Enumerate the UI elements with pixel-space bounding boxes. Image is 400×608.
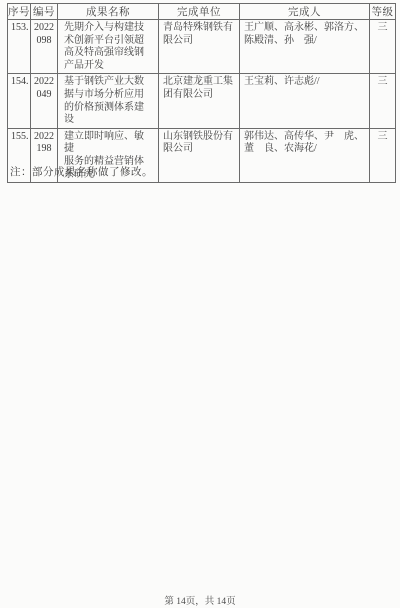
table-row: 153. 2022 098 先期介入与构建技 术创新平台引领超 高及特高强帘线钢… [8,20,396,74]
col-header-people: 完成人 [240,4,370,20]
table-row: 154. 2022 049 基于钢铁产业大数 据与市场分析应用 的价格预测体系建… [8,74,396,128]
col-header-name: 成果名称 [58,4,159,20]
row-people: 郭伟达、高传华、尹 虎、 董 良、农海花/ [240,128,370,182]
col-header-grade: 等级 [370,4,396,20]
row-index: 153. [8,20,31,74]
results-table: 序号 编号 成果名称 完成单位 完成人 等级 153. 2022 098 先期介… [7,3,396,183]
col-header-unit: 完成单位 [159,4,240,20]
row-people: 王广顺、高永彬、郭洛方、 陈殿清、孙 强/ [240,20,370,74]
row-unit: 山东钢铁股份有 限公司 [159,128,240,182]
row-code: 2022 049 [31,74,58,128]
row-unit: 北京建龙重工集 团有限公司 [159,74,240,128]
row-name: 先期介入与构建技 术创新平台引领超 高及特高强帘线钢 产品开发 [58,20,159,74]
row-name: 基于钢铁产业大数 据与市场分析应用 的价格预测体系建 设 [58,74,159,128]
page-number: 第 14页，共 14页 [0,593,400,607]
row-code: 2022 098 [31,20,58,74]
col-header-index: 序号 [8,4,31,20]
row-people: 王宝莉、许志彪// [240,74,370,128]
row-unit: 青岛特殊钢铁有 限公司 [159,20,240,74]
table-header-row: 序号 编号 成果名称 完成单位 完成人 等级 [8,4,396,20]
col-header-code: 编号 [31,4,58,20]
document-page: 序号 编号 成果名称 完成单位 完成人 等级 153. 2022 098 先期介… [0,0,400,608]
footnote: 注：部分成果名称做了修改。 [10,164,153,179]
row-index: 154. [8,74,31,128]
row-grade: 三 [370,20,396,74]
row-grade: 三 [370,128,396,182]
row-grade: 三 [370,74,396,128]
